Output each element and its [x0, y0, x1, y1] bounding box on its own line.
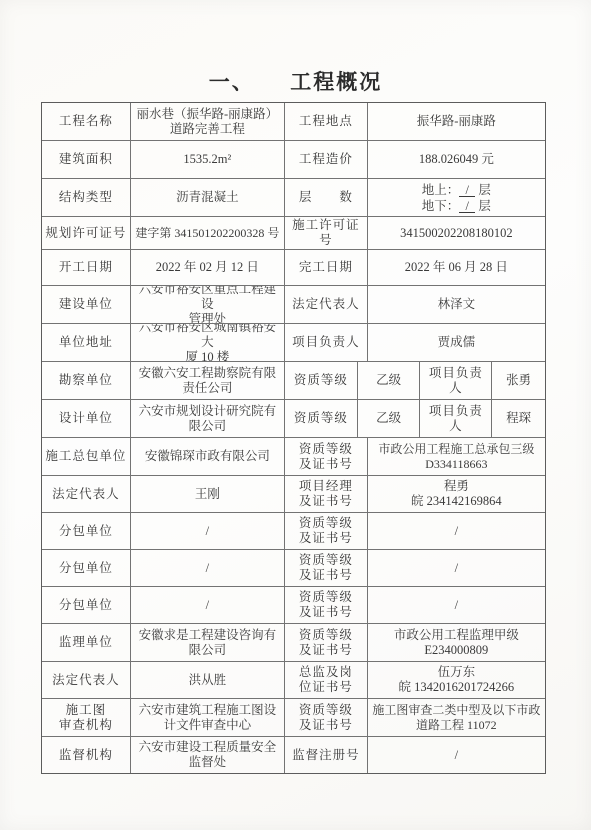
cell-label: 项目经理 及证书号 [285, 476, 368, 513]
table-row: 施工图 审查机构六安市建筑工程施工图设 计文件审查中心资质等级 及证书号施工图审… [42, 699, 545, 737]
cell-label: 项目负责人 [420, 400, 492, 438]
cell-label: 法定代表人 [285, 286, 368, 324]
cell-value: 六安市建设工程质量安全 监督处 [131, 737, 285, 773]
project-overview-table: 工程名称丽水巷（振华路-丽康路） 道路完善工程工程地点振华路-丽康路建筑面积15… [41, 102, 546, 774]
cell-label: 建筑面积 [42, 141, 131, 179]
cell-label: 开工日期 [42, 250, 131, 286]
cell-label: 资质等级 [285, 400, 358, 438]
cell-value: 振华路-丽康路 [368, 103, 545, 141]
cell-value: 市政公用工程监理甲级 E234000809 [368, 624, 545, 662]
table-row: 法定代表人洪从胜总监及岗 位证书号伍万东 皖 1342016201724266 [42, 662, 545, 699]
table-row: 施工总包单位安徽锦琛市政有限公司资质等级 及证书号市政公用工程施工总承包三级 D… [42, 438, 545, 476]
table-row: 建设单位六安市裕安区重点工程建设 管理处法定代表人林泽文 [42, 286, 545, 324]
cell-value: / [131, 550, 285, 587]
table-row: 规划许可证号建字第 341501202200328 号施工许可证号3415002… [42, 217, 545, 250]
cell-label: 分包单位 [42, 513, 131, 550]
table-row: 法定代表人王刚项目经理 及证书号程勇 皖 234142169864 [42, 476, 545, 513]
cell-value: 张勇 [492, 362, 545, 400]
cell-value: 乙级 [358, 362, 421, 400]
cell-value: 建字第 341501202200328 号 [131, 217, 285, 250]
cell-value: 安徽求是工程建设咨询有 限公司 [131, 624, 285, 662]
cell-value: / [368, 587, 545, 624]
cell-value: 2022 年 02 月 12 日 [131, 250, 285, 286]
table-row: 监理单位安徽求是工程建设咨询有 限公司资质等级 及证书号市政公用工程监理甲级 E… [42, 624, 545, 662]
cell-value: / [131, 587, 285, 624]
cell-label: 资质等级 及证书号 [285, 624, 368, 662]
cell-value: 洪从胜 [131, 662, 285, 699]
slash-placeholder: / [459, 184, 475, 197]
cell-value: 沥青混凝土 [131, 179, 285, 217]
cell-value: 程勇 皖 234142169864 [368, 476, 545, 513]
cell-label: 完工日期 [285, 250, 368, 286]
cell-label: 分包单位 [42, 550, 131, 587]
cell-value: 六安市建筑工程施工图设 计文件审查中心 [131, 699, 285, 737]
cell-value: 市政公用工程施工总承包三级 D334118663 [368, 438, 545, 476]
cell-label: 资质等级 及证书号 [285, 699, 368, 737]
table-row: 勘察单位安徽六安工程勘察院有限 责任公司资质等级乙级项目负责人张勇 [42, 362, 545, 400]
cell-label: 资质等级 及证书号 [285, 550, 368, 587]
cell-value: / [131, 513, 285, 550]
cell-value: 六安市裕安区重点工程建设 管理处 [131, 286, 285, 324]
floors-field: 地上：/ 层地下：/ 层 [422, 182, 491, 214]
page-title: 一、 工程概况 [0, 66, 591, 96]
table-row: 监督机构六安市建设工程质量安全 监督处监督注册号/ [42, 737, 545, 773]
table-row: 结构类型沥青混凝土层 数地上：/ 层地下：/ 层 [42, 179, 545, 217]
cell-value: / [368, 550, 545, 587]
cell-label: 资质等级 及证书号 [285, 438, 368, 476]
floors-suffix: 层 [475, 183, 491, 197]
cell-value: 贾成儒 [368, 324, 545, 362]
cell-label: 总监及岗 位证书号 [285, 662, 368, 699]
slash-placeholder: / [459, 200, 475, 213]
cell-label: 结构类型 [42, 179, 131, 217]
floors-prefix: 地上： [422, 183, 460, 197]
cell-label: 资质等级 [285, 362, 358, 400]
table-row: 分包单位/资质等级 及证书号/ [42, 513, 545, 550]
cell-label: 法定代表人 [42, 662, 131, 699]
cell-value: 1535.2m² [131, 141, 285, 179]
floors-line: 地上：/ 层 [422, 182, 491, 198]
cell-value: 六安市规划设计研究院有 限公司 [131, 400, 285, 438]
cell-label: 监督注册号 [285, 737, 368, 773]
cell-value: 乙级 [358, 400, 421, 438]
cell-label: 施工许可证号 [285, 217, 368, 250]
table-row: 分包单位/资质等级 及证书号/ [42, 587, 545, 624]
table-row: 单位地址六安市裕安区城南镇裕安大 厦 10 楼项目负责人贾成儒 [42, 324, 545, 362]
floors-prefix: 地下： [422, 199, 460, 213]
cell-value: 林泽文 [368, 286, 545, 324]
cell-value: 程琛 [492, 400, 545, 438]
cell-label: 法定代表人 [42, 476, 131, 513]
table-row: 分包单位/资质等级 及证书号/ [42, 550, 545, 587]
cell-label: 资质等级 及证书号 [285, 587, 368, 624]
cell-label: 资质等级 及证书号 [285, 513, 368, 550]
cell-value: 六安市裕安区城南镇裕安大 厦 10 楼 [131, 324, 285, 362]
table-row: 工程名称丽水巷（振华路-丽康路） 道路完善工程工程地点振华路-丽康路 [42, 103, 545, 141]
cell-label: 施工图 审查机构 [42, 699, 131, 737]
cell-label: 规划许可证号 [42, 217, 131, 250]
cell-value: / [368, 737, 545, 773]
cell-value: 安徽六安工程勘察院有限 责任公司 [131, 362, 285, 400]
cell-label: 设计单位 [42, 400, 131, 438]
table-row: 建筑面积1535.2m²工程造价188.026049 元 [42, 141, 545, 179]
floors-suffix: 层 [475, 199, 491, 213]
document-page: 一、 工程概况 工程名称丽水巷（振华路-丽康路） 道路完善工程工程地点振华路-丽… [0, 0, 591, 830]
table-row: 设计单位六安市规划设计研究院有 限公司资质等级乙级项目负责人程琛 [42, 400, 545, 438]
cell-value: 丽水巷（振华路-丽康路） 道路完善工程 [131, 103, 285, 141]
cell-value: 188.026049 元 [368, 141, 545, 179]
cell-label: 工程地点 [285, 103, 368, 141]
cell-value: 地上：/ 层地下：/ 层 [368, 179, 545, 217]
cell-label: 工程造价 [285, 141, 368, 179]
cell-label: 建设单位 [42, 286, 131, 324]
cell-label: 项目负责人 [285, 324, 368, 362]
cell-value: 安徽锦琛市政有限公司 [131, 438, 285, 476]
cell-label: 勘察单位 [42, 362, 131, 400]
cell-value: 施工图审查二类中型及以下市政 道路工程 11072 [368, 699, 545, 737]
cell-label: 监理单位 [42, 624, 131, 662]
cell-label: 层 数 [285, 179, 368, 217]
cell-value: 伍万东 皖 1342016201724266 [368, 662, 545, 699]
cell-value: 2022 年 06 月 28 日 [368, 250, 545, 286]
cell-value: / [368, 513, 545, 550]
cell-label: 分包单位 [42, 587, 131, 624]
cell-label: 单位地址 [42, 324, 131, 362]
floors-line: 地下：/ 层 [422, 198, 491, 214]
cell-value: 341500202208180102 [368, 217, 545, 250]
cell-label: 施工总包单位 [42, 438, 131, 476]
cell-label: 工程名称 [42, 103, 131, 141]
cell-label: 项目负责人 [420, 362, 492, 400]
table-row: 开工日期2022 年 02 月 12 日完工日期2022 年 06 月 28 日 [42, 250, 545, 286]
cell-value: 王刚 [131, 476, 285, 513]
cell-label: 监督机构 [42, 737, 131, 773]
